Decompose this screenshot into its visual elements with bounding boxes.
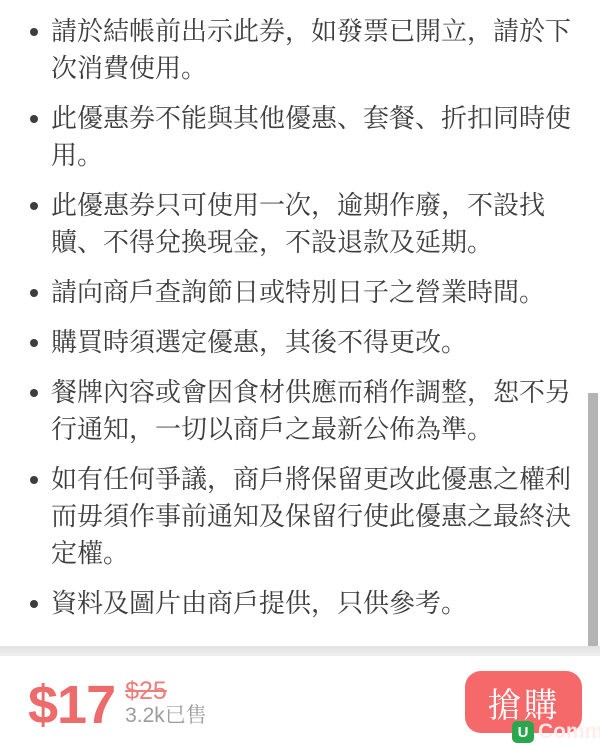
buy-now-button[interactable]: 搶購 xyxy=(465,671,582,733)
purchase-footer: $17 $25 3.2k已售 搶購 xyxy=(0,656,600,750)
terms-scroll-area[interactable]: 請於結帳前出示此券，如發票已開立，請於下次消費使用。 此優惠券不能與其他優惠、套… xyxy=(0,0,600,646)
term-item: 資料及圖片由商戶提供，只供參考。 xyxy=(30,585,574,622)
sold-count: 3.2k已售 xyxy=(125,704,207,727)
scrollbar-thumb[interactable] xyxy=(588,393,598,655)
term-item: 請向商戶查詢節日或特別日子之營業時間。 xyxy=(30,274,574,311)
current-price: $17 xyxy=(28,683,115,727)
original-price: $25 xyxy=(125,679,207,703)
term-item: 此優惠券只可使用一次，逾期作廢，不設找贖、不得兌換現金，不設退款及延期。 xyxy=(30,187,574,261)
terms-list: 請於結帳前出示此券，如發票已開立，請於下次消費使用。 此優惠券不能與其他優惠、套… xyxy=(0,0,600,622)
term-item: 餐牌內容或會因食材供應而稍作調整，恕不另行通知，一切以商戶之最新公佈為準。 xyxy=(30,374,574,448)
price-block: $17 $25 3.2k已售 xyxy=(28,679,207,727)
price-sub-block: $25 3.2k已售 xyxy=(125,679,207,727)
term-item: 購買時須選定優惠，其後不得更改。 xyxy=(30,324,574,361)
content-divider xyxy=(0,646,600,656)
term-item: 請於結帳前出示此券，如發票已開立，請於下次消費使用。 xyxy=(30,13,574,87)
coupon-terms-screen: 請於結帳前出示此券，如發票已開立，請於下次消費使用。 此優惠券不能與其他優惠、套… xyxy=(0,0,600,750)
term-item: 如有任何爭議，商戶將保留更改此優惠之權利而毋須作事前通知及保留行使此優惠之最終決… xyxy=(30,461,574,572)
term-item: 此優惠券不能與其他優惠、套餐、折扣同時使用。 xyxy=(30,100,574,174)
